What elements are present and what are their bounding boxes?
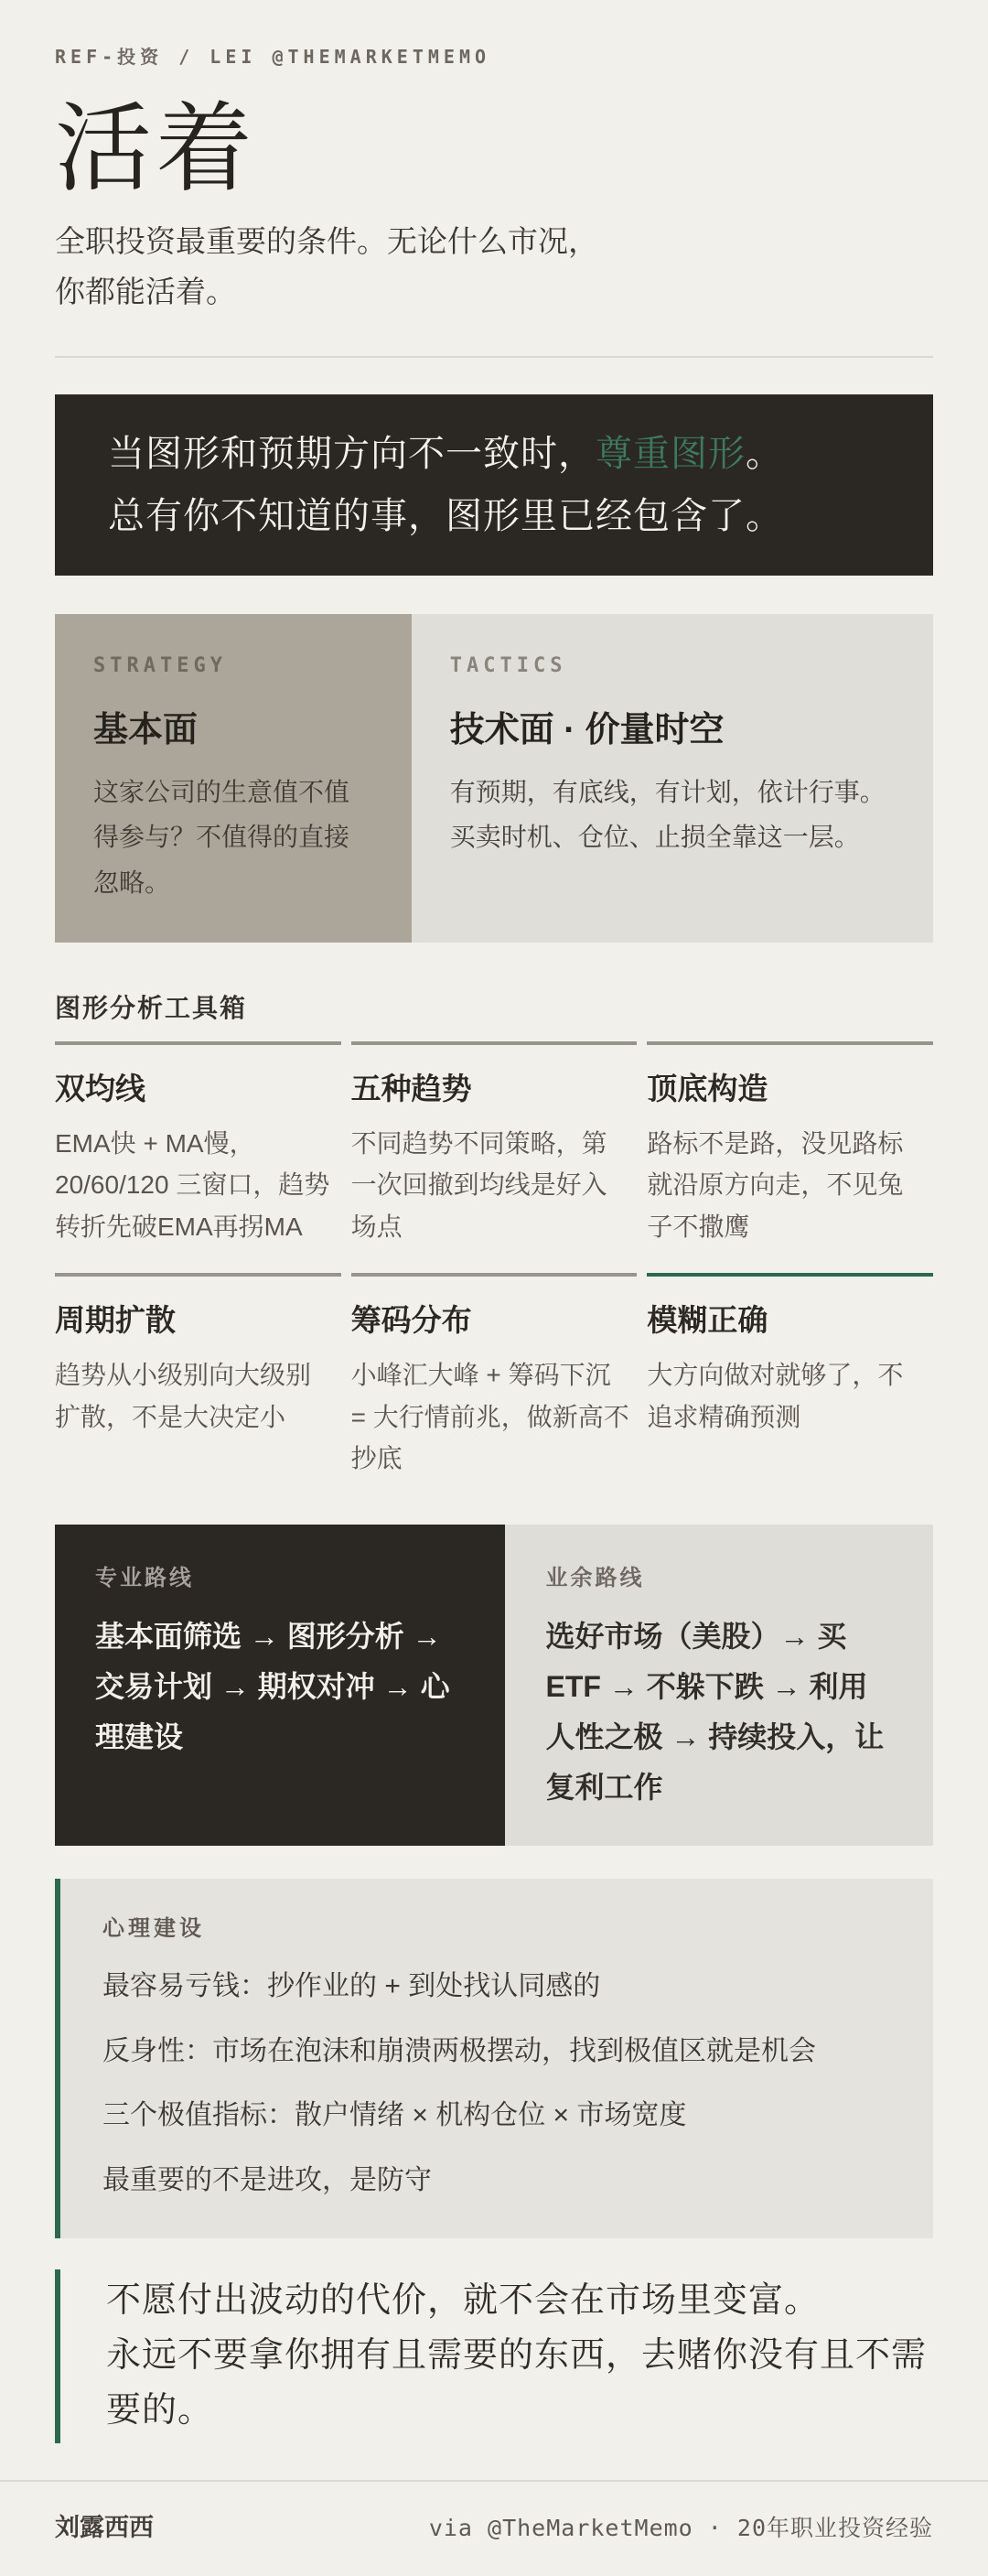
- card-title: 五种趋势: [351, 1065, 630, 1108]
- card-title: 模糊正确: [647, 1297, 926, 1340]
- psychology-label: 心理建设: [102, 1910, 891, 1942]
- psychology-line: 最重要的不是进攻，是防守: [102, 2161, 891, 2201]
- psychology-line: 三个极值指标：散户情绪 × 机构仓位 × 市场宽度: [102, 2096, 891, 2136]
- psychology-line: 反身性：市场在泡沫和崩溃两极摆动，找到极值区就是机会: [102, 2032, 891, 2072]
- card-body: 趋势从小级别向大级别扩散，不是大决定小: [55, 1354, 334, 1438]
- card-body: 大方向做对就够了，不追求精确预测: [647, 1354, 926, 1438]
- closing-quote: 不愿付出波动的代价，就不会在市场里变富。永远不要拿你拥有且需要的东西，去赌你没有…: [55, 2269, 933, 2443]
- tactics-heading: 技术面 · 价量时空: [450, 701, 895, 751]
- tactics-label: TACTICS: [450, 654, 895, 677]
- subtitle-line-1: 全职投资最重要的条件。无论什么市况，: [55, 224, 598, 258]
- principle-line1-post: 。: [746, 433, 783, 474]
- card-dual-moving-average: 双均线 EMA快 + MA慢，20/60/120 三窗口，趋势转折先破EMA再拐…: [55, 1041, 341, 1273]
- pro-route-body: 基本面筛选 → 图形分析 → 交易计划 → 期权对冲 → 心理建设: [95, 1611, 465, 1762]
- principle-quote-text: 当图形和预期方向不一致时，尊重图形。总有你不知道的事，图形里已经包含了。: [108, 423, 783, 547]
- card-body: 小峰汇大峰 + 筹码下沉 = 大行情前兆，做新高不抄底: [351, 1354, 630, 1479]
- psychology-box: 心理建设 最容易亏钱：抄作业的 + 到处找认同感的 反身性：市场在泡沫和崩溃两极…: [55, 1879, 933, 2238]
- footer: 刘露西西 via @TheMarketMemo · 20年职业投资经验: [0, 2480, 988, 2576]
- strategy-heading: 基本面: [93, 701, 373, 751]
- toolbox-cards-grid: 双均线 EMA快 + MA慢，20/60/120 三窗口，趋势转折先破EMA再拐…: [55, 1041, 933, 1504]
- pro-route-label: 专业路线: [95, 1559, 465, 1591]
- closing-line-1: 不愿付出波动的代价，就不会在市场里变富。: [106, 2281, 820, 2320]
- author-name: 刘露西西: [55, 2507, 154, 2543]
- card-chip-distribution: 筹码分布 小峰汇大峰 + 筹码下沉 = 大行情前兆，做新高不抄底: [351, 1273, 638, 1504]
- card-title: 双均线: [55, 1065, 334, 1108]
- amateur-route-label: 业余路线: [545, 1559, 893, 1591]
- card-body: EMA快 + MA慢，20/60/120 三窗口，趋势转折先破EMA再拐MA: [55, 1123, 334, 1247]
- strategy-label: STRATEGY: [93, 654, 373, 677]
- memo-page: REF-投资 / LEI @THEMARKETMEMO 活着 全职投资最重要的条…: [0, 0, 988, 2576]
- principle-line1-pre: 当图形和预期方向不一致时，: [108, 433, 596, 474]
- strategy-panel: STRATEGY 基本面 这家公司的生意值不值得参与？不值得的直接忽略。: [55, 614, 412, 943]
- principle-highlight: 尊重图形: [596, 433, 746, 474]
- amateur-route-body: 选好市场（美股）→ 买ETF → 不躲下跌 → 利用人性之极 → 持续投入，让复…: [545, 1611, 893, 1813]
- subtitle-line-2: 你都能活着。: [55, 275, 236, 308]
- strategy-tactics-panels: STRATEGY 基本面 这家公司的生意值不值得参与？不值得的直接忽略。 TAC…: [55, 614, 933, 943]
- card-body: 不同趋势不同策略，第一次回撤到均线是好入场点: [351, 1123, 630, 1247]
- card-title: 筹码分布: [351, 1297, 630, 1340]
- card-fuzzy-correctness: 模糊正确 大方向做对就够了，不追求精确预测: [647, 1273, 933, 1504]
- closing-line-2: 永远不要拿你拥有且需要的东西，去赌你没有且不需要的。: [106, 2336, 927, 2430]
- card-cycle-diffusion: 周期扩散 趋势从小级别向大级别扩散，不是大决定小: [55, 1273, 341, 1504]
- attribution: via @TheMarketMemo · 20年职业投资经验: [429, 2510, 933, 2543]
- top-divider: [55, 356, 933, 358]
- tactics-panel: TACTICS 技术面 · 价量时空 有预期，有底线，有计划，依计行事。买卖时机…: [412, 614, 933, 943]
- routes-panels: 专业路线 基本面筛选 → 图形分析 → 交易计划 → 期权对冲 → 心理建设 业…: [55, 1525, 933, 1846]
- page-title: 活着: [55, 96, 933, 205]
- strategy-body: 这家公司的生意值不值得参与？不值得的直接忽略。: [93, 770, 368, 906]
- page-subtitle: 全职投资最重要的条件。无论什么市况，你都能活着。: [55, 216, 933, 318]
- card-five-trends: 五种趋势 不同趋势不同策略，第一次回撤到均线是好入场点: [351, 1041, 638, 1273]
- card-top-bottom-structure: 顶底构造 路标不是路，没见路标就沿原方向走，不见兔子不撒鹰: [647, 1041, 933, 1273]
- principle-line2: 总有你不知道的事，图形里已经包含了。: [108, 495, 783, 536]
- footer-row: 刘露西西 via @TheMarketMemo · 20年职业投资经验: [0, 2482, 988, 2576]
- amateur-route-panel: 业余路线 选好市场（美股）→ 买ETF → 不躲下跌 → 利用人性之极 → 持续…: [505, 1525, 933, 1846]
- principle-quote-box: 当图形和预期方向不一致时，尊重图形。总有你不知道的事，图形里已经包含了。: [55, 394, 933, 576]
- psychology-line: 最容易亏钱：抄作业的 + 到处找认同感的: [102, 1967, 891, 2007]
- tactics-body: 有预期，有底线，有计划，依计行事。买卖时机、仓位、止损全靠这一层。: [450, 770, 895, 861]
- pro-route-panel: 专业路线 基本面筛选 → 图形分析 → 交易计划 → 期权对冲 → 心理建设: [55, 1525, 505, 1846]
- content-column: REF-投资 / LEI @THEMARKETMEMO 活着 全职投资最重要的条…: [0, 0, 988, 2443]
- card-body: 路标不是路，没见路标就沿原方向走，不见兔子不撒鹰: [647, 1123, 926, 1247]
- card-title: 周期扩散: [55, 1297, 334, 1340]
- card-title: 顶底构造: [647, 1065, 926, 1108]
- toolbox-section-title: 图形分析工具箱: [55, 988, 933, 1025]
- breadcrumb: REF-投资 / LEI @THEMARKETMEMO: [55, 0, 933, 69]
